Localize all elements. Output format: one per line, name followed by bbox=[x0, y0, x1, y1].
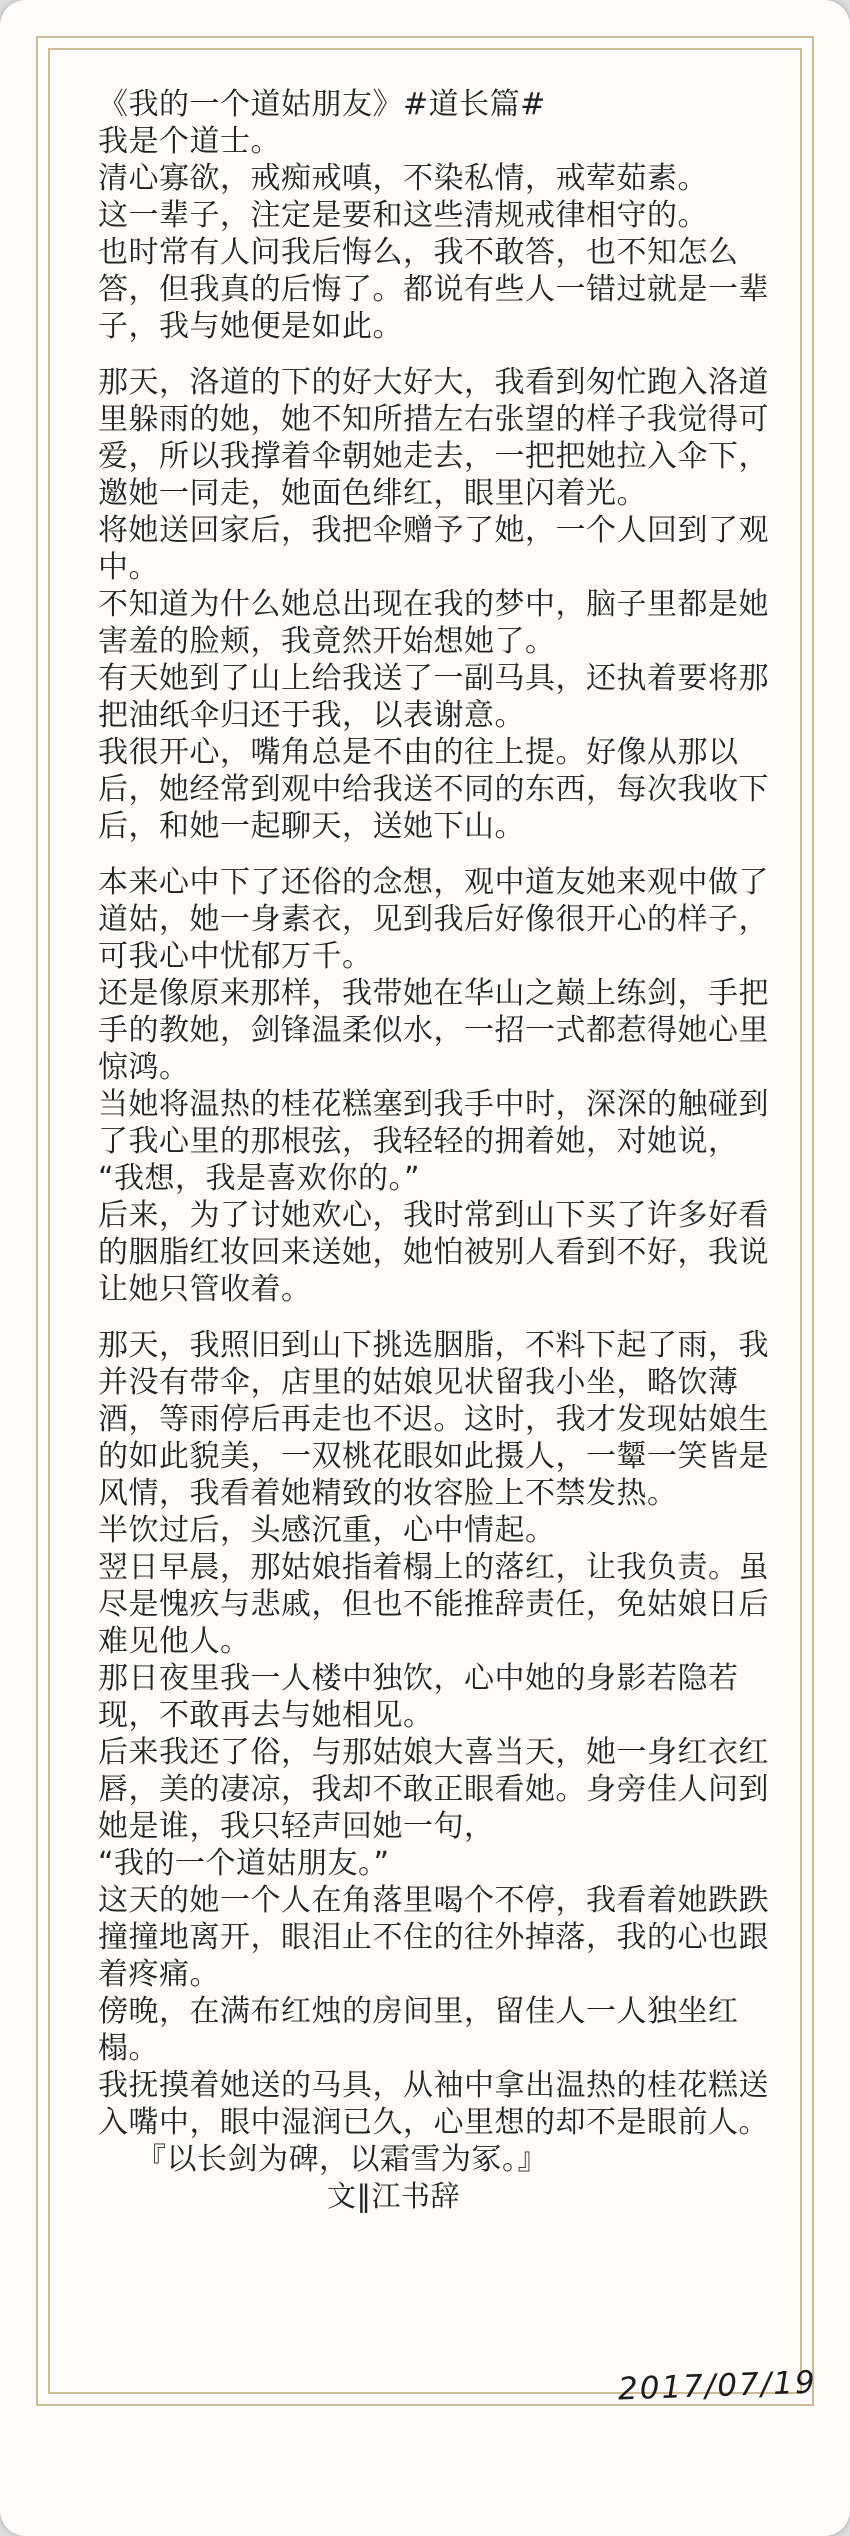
text-line: 我抚摸着她送的马具，从袖中拿出温热的桂花糕送入嘴中，眼中湿润已久，心里想的却不是… bbox=[98, 2067, 796, 2141]
text-line: 将她送回家后，我把伞赠予了她，一个人回到了观中。 bbox=[98, 512, 796, 586]
text-line: 清心寡欲，戒痴戒嗔，不染私情，戒荤茹素。 bbox=[98, 160, 796, 197]
text-line: 这一辈子，注定是要和这些清规戒律相守的。 bbox=[98, 197, 796, 234]
text-line: 后来我还了俗，与那姑娘大喜当天，她一身红衣红唇，美的凄凉，我却不敢正眼看她。身旁… bbox=[98, 1734, 796, 1845]
text-line: “我想，我是喜欢你的。” bbox=[98, 1160, 796, 1197]
text-line: 我很开心，嘴角总是不由的往上提。好像从那以后，她经常到观中给我送不同的东西，每次… bbox=[98, 734, 796, 845]
story-section: 那天，我照旧到山下挑选胭脂，不料下起了雨，我并没有带伞，店里的姑娘见状留我小坐，… bbox=[98, 1327, 796, 2141]
text-line: 那日夜里我一人楼中独饮，心中她的身影若隐若现，不敢再去与她相见。 bbox=[98, 1660, 796, 1734]
text-line: 傍晚，在满布红烛的房间里，留佳人一人独坐红榻。 bbox=[98, 1993, 796, 2067]
text-line: 半饮过后，头感沉重，心中情起。 bbox=[98, 1512, 796, 1549]
story-title: 《我的一个道姑朋友》#道长篇# bbox=[98, 86, 796, 123]
text-line: 后来，为了讨她欢心，我时常到山下买了许多好看的胭脂红妆回来送她，她怕被别人看到不… bbox=[98, 1197, 796, 1308]
text-line: “我的一个道姑朋友。” bbox=[98, 1845, 796, 1882]
story-section: 《我的一个道姑朋友》#道长篇#我是个道士。清心寡欲，戒痴戒嗔，不染私情，戒荤茹素… bbox=[98, 86, 796, 345]
text-line: 也时常有人问我后悔么，我不敢答，也不知怎么答，但我真的后悔了。都说有些人一错过就… bbox=[98, 234, 796, 345]
story-text: 《我的一个道姑朋友》#道长篇#我是个道士。清心寡欲，戒痴戒嗔，不染私情，戒荤茹素… bbox=[98, 86, 796, 2215]
date-stamp: 2017/07/19 bbox=[617, 2365, 817, 2408]
story-section: 本来心中下了还俗的念想，观中道友她来观中做了道姑，她一身素衣，见到我后好像很开心… bbox=[98, 864, 796, 1308]
text-line: 有天她到了山上给我送了一副马具，还执着要将那把油纸伞归还于我，以表谢意。 bbox=[98, 660, 796, 734]
text-line: 不知道为什么她总出现在我的梦中，脑子里都是她害羞的脸颊，我竟然开始想她了。 bbox=[98, 586, 796, 660]
note-card: 《我的一个道姑朋友》#道长篇#我是个道士。清心寡欲，戒痴戒嗔，不染私情，戒荤茹素… bbox=[0, 0, 850, 2536]
text-line: 翌日早晨，那姑娘指着榻上的落红，让我负责。虽尽是愧疚与悲戚，但也不能推辞责任，免… bbox=[98, 1549, 796, 1660]
text-line: 这天的她一个人在角落里喝个不停，我看着她跌跌撞撞地离开，眼泪止不住的往外掉落，我… bbox=[98, 1882, 796, 1993]
text-line: 本来心中下了还俗的念想，观中道友她来观中做了道姑，她一身素衣，见到我后好像很开心… bbox=[98, 864, 796, 975]
text-line: 当她将温热的桂花糕塞到我手中时，深深的触碰到了我心里的那根弦，我轻轻的拥着她，对… bbox=[98, 1086, 796, 1160]
story-section: 那天，洛道的下的好大好大，我看到匆忙跑入洛道里躲雨的她，她不知所措左右张望的样子… bbox=[98, 364, 796, 845]
text-line: 还是像原来那样，我带她在华山之巅上练剑，手把手的教她，剑锋温柔似水，一招一式都惹… bbox=[98, 975, 796, 1086]
text-line: 那天，我照旧到山下挑选胭脂，不料下起了雨，我并没有带伞，店里的姑娘见状留我小坐，… bbox=[98, 1327, 796, 1512]
text-line: 我是个道士。 bbox=[98, 123, 796, 160]
epigraph-quote: 『以长剑为碑，以霜雪为冢。』 bbox=[98, 2141, 796, 2178]
text-line: 那天，洛道的下的好大好大，我看到匆忙跑入洛道里躲雨的她，她不知所措左右张望的样子… bbox=[98, 364, 796, 512]
author-signature: 文‖江书辞 bbox=[98, 2178, 796, 2215]
